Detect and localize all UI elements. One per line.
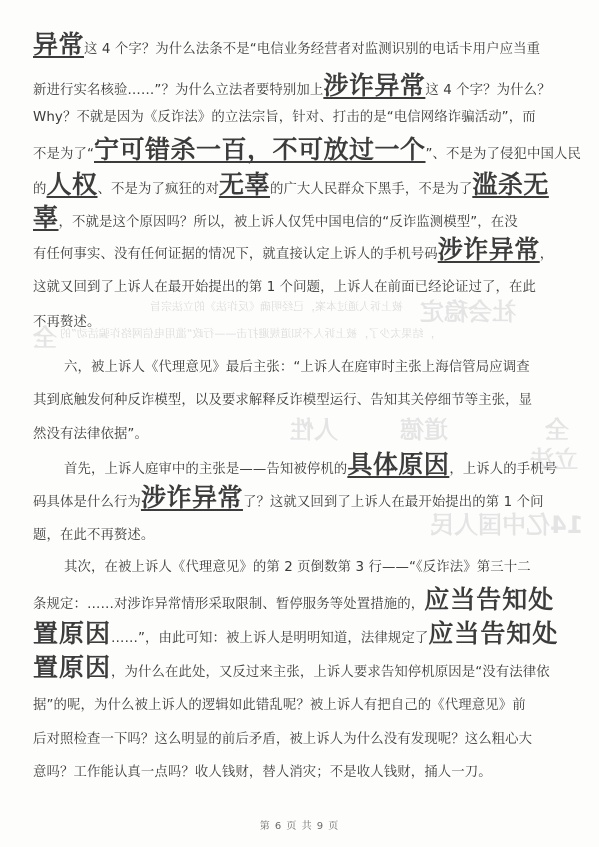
emphasis-text: 辜: [33, 203, 59, 232]
body-text: ”、不是为了侵犯中国人民: [426, 147, 581, 162]
text-line: 这就又回到了上诉人在最开始提出的第 1 个问题，上诉人在前面已经论证过了，在此: [33, 278, 573, 298]
text-line: Why？不就是因为《反诈法》的立法宗旨，针对、打击的是“电信网络诈骗活动”，而: [33, 108, 573, 128]
text-line: 然没有法律依据”。: [33, 425, 573, 445]
body-text: 这 4 个字？为什么法条不是“电信业务经营者对监测识别的电话卡用户应当重: [84, 42, 540, 57]
body-text: 据”的呢，为什么被上诉人的逻辑如此错乱呢？被上诉人有把自己的《代理意见》前: [33, 698, 526, 713]
text-line: 后对照检查一下吗？这么明显的前后矛盾，被上诉人为什么没有发现呢？这么粗心大: [33, 730, 573, 750]
emphasis-text: 人权: [47, 170, 98, 199]
text-line: 置原因……”，由此可知：被上诉人是明明知道，法律规定了应当告知处: [33, 624, 573, 649]
text-line: 码具体是什么行为涉诈异常了？这就又回到了上诉人在最开始提出的第 1 个问: [33, 488, 573, 513]
body-text: 这就又回到了上诉人在最开始提出的第 1 个问题，上诉人在前面已经论证过了，在此: [33, 280, 536, 295]
text-line: 题，在此不再赘述。: [33, 526, 573, 546]
body-text: 的广大人民群众下黑手，不是为了: [270, 182, 472, 197]
body-text: 首先，上诉人庭审中的主张是——告知被停机的: [64, 462, 347, 477]
body-text: 后对照检查一下吗？这么明显的前后矛盾，被上诉人为什么没有发现呢？这么粗心大: [33, 732, 532, 747]
emphasis-text: 涉诈异常: [438, 235, 540, 264]
emphasis-text: 置原因: [33, 619, 111, 648]
body-text: 码具体是什么行为: [33, 495, 141, 510]
text-line: 其到底触发何种反诈模型，以及要求解释反诈模型运行、告知其关停细节等主张，显: [33, 391, 573, 411]
body-text: 其到底触发何种反诈模型，以及要求解释反诈模型运行、告知其关停细节等主张，显: [33, 393, 532, 408]
emphasis-text: 应当告知处: [428, 619, 558, 648]
body-text: 的: [33, 182, 47, 197]
emphasis-text: 涉诈异常: [323, 71, 425, 100]
paragraph-start: 六，被上诉人《代理意见》最后主张：“上诉人在庭审时主张上海信管局应调查: [64, 358, 599, 378]
body-text: ，不就是这个原因吗？所以，被上诉人仅凭中国电信的“反诈监测模型”，在没: [59, 215, 518, 230]
text-line: 辜，不就是这个原因吗？所以，被上诉人仅凭中国电信的“反诈监测模型”，在没: [33, 208, 573, 233]
emphasis-text: 异常: [33, 30, 84, 59]
emphasis-text: 涉诈异常: [141, 483, 243, 512]
emphasis-text: 宁可错杀一百，不可放过一个: [94, 135, 426, 164]
body-text: ，为什么在此处，又反过来主张，上诉人要求告知停机原因是“没有法律依: [111, 665, 550, 680]
body-text: ，上诉人的手机号: [449, 462, 557, 477]
body-text: 这 4 个字？为什么？: [425, 83, 550, 98]
body-text: ……”，由此可知：被上诉人是明明知道，法律规定了: [111, 631, 428, 646]
body-text: 然没有法律依据”。: [33, 427, 148, 442]
text-line: 不再赘述。: [33, 313, 573, 333]
text-line: 的人权、不是为了疯狂的对无辜的广大人民群众下黑手，不是为了滥杀无: [33, 175, 573, 200]
text-line: 不是为了“宁可错杀一百，不可放过一个”、不是为了侵犯中国人民: [33, 140, 573, 165]
emphasis-text: 应当告知处: [424, 585, 554, 614]
bleed-through-text: 被上诉人通过本案，已经明确《反诈法》的立法宗旨: [150, 298, 403, 314]
page-number: 第 6 页 共 9 页: [0, 817, 599, 832]
text-line: 据”的呢，为什么被上诉人的逻辑如此错乱呢？被上诉人有把自己的《代理意见》前: [33, 696, 573, 716]
emphasis-text: 置原因: [33, 653, 111, 682]
emphasis-text: 无辜: [219, 170, 270, 199]
text-line: 条规定：……对涉诈异常情形采取限制、暂停服务等处置措施的，应当告知处: [33, 590, 573, 615]
body-text: 不是为了“: [33, 147, 94, 162]
body-text: 不再赘述。: [33, 315, 100, 330]
text-line: 新进行实名核验……”？为什么立法者要特别加上涉诈异常这 4 个字？为什么？: [33, 76, 573, 101]
body-text: 其次，在被上诉人《代理意见》的第 2 页倒数第 3 行——“《反诈法》第三十二: [64, 560, 531, 575]
body-text: 了？这就又回到了上诉人在最开始提出的第 1 个问: [243, 495, 544, 510]
body-text: 意吗？工作能认真一点吗？收人钱财，替人消灾；不是收人钱财，捅人一刀。: [33, 765, 492, 780]
text-line: 异常这 4 个字？为什么法条不是“电信业务经营者对监测识别的电话卡用户应当重: [33, 35, 573, 60]
body-text: 有任何事实、没有任何证据的情况下，就直接认定上诉人的手机号码: [33, 247, 438, 262]
body-text: 六，被上诉人《代理意见》最后主张：“上诉人在庭审时主张上海信管局应调查: [64, 360, 530, 375]
body-text: ，: [540, 247, 554, 262]
body-text: 题，在此不再赘述。: [33, 528, 154, 543]
paragraph-start: 首先，上诉人庭审中的主张是——告知被停机的具体原因，上诉人的手机号: [64, 455, 599, 480]
body-text: 新进行实名核验……”？为什么立法者要特别加上: [33, 83, 323, 98]
paragraph-start: 其次，在被上诉人《代理意见》的第 2 页倒数第 3 行——“《反诈法》第三十二: [64, 558, 599, 578]
text-line: 意吗？工作能认真一点吗？收人钱财，替人消灾；不是收人钱财，捅人一刀。: [33, 763, 573, 783]
document-page: 社会稳定 被上诉人通过本案，已经明确《反诈法》的立法宗旨 全 ，结果太少了，被上…: [0, 0, 599, 847]
emphasis-text: 滥杀无: [472, 170, 549, 199]
body-text: 、不是为了疯狂的对: [98, 182, 219, 197]
text-line: 有任何事实、没有任何证据的情况下，就直接认定上诉人的手机号码涉诈异常，: [33, 240, 573, 265]
emphasis-text: 具体原因: [347, 450, 449, 479]
body-text: 条规定：……对涉诈异常情形采取限制、暂停服务等处置措施的，: [33, 597, 424, 612]
text-line: 置原因，为什么在此处，又反过来主张，上诉人要求告知停机原因是“没有法律依: [33, 658, 573, 683]
body-text: Why？不就是因为《反诈法》的立法宗旨，针对、打击的是“电信网络诈骗活动”，而: [33, 110, 536, 125]
